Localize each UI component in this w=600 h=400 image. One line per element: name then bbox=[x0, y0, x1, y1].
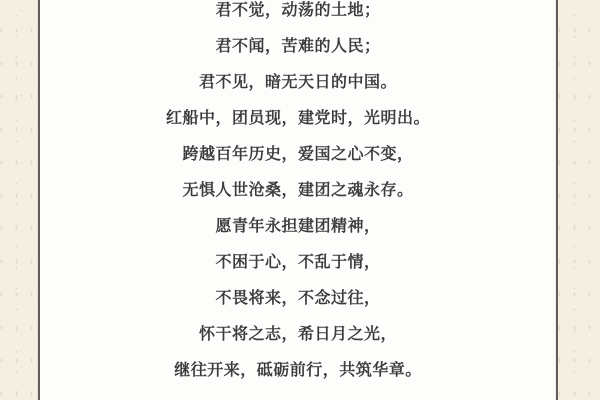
poem-line: 怀干将之志，希日月之光， bbox=[40, 316, 556, 352]
poem-line: 君不觉，动荡的土地； bbox=[40, 0, 556, 28]
poem-line: 君不见，暗无天日的中国。 bbox=[40, 64, 556, 100]
poem-page: 君不觉，动荡的土地； 君不闻，苦难的人民； 君不见，暗无天日的中国。 红船中，团… bbox=[0, 0, 600, 400]
poem-line: 不困于心，不乱于情， bbox=[40, 244, 556, 280]
poem-content: 君不觉，动荡的土地； 君不闻，苦难的人民； 君不见，暗无天日的中国。 红船中，团… bbox=[40, 0, 556, 400]
paper-margin-left bbox=[0, 0, 38, 400]
paper-margin-right bbox=[558, 0, 600, 400]
poem-line: 红船中，团员现，建党时，光明出。 bbox=[40, 100, 556, 136]
poem-line: 跨越百年历史，爱国之心不变， bbox=[40, 136, 556, 172]
poem-line: 无惧人世沧桑，建团之魂永存。 bbox=[40, 172, 556, 208]
poem-line: 君不闻，苦难的人民； bbox=[40, 28, 556, 64]
poem-line: 不畏将来，不念过往， bbox=[40, 280, 556, 316]
poem-line: 继往开来，砥砺前行，共筑华章。 bbox=[40, 352, 556, 388]
poem: 君不觉，动荡的土地； 君不闻，苦难的人民； 君不见，暗无天日的中国。 红船中，团… bbox=[40, 0, 556, 388]
poem-line: 愿青年永担建团精神， bbox=[40, 208, 556, 244]
